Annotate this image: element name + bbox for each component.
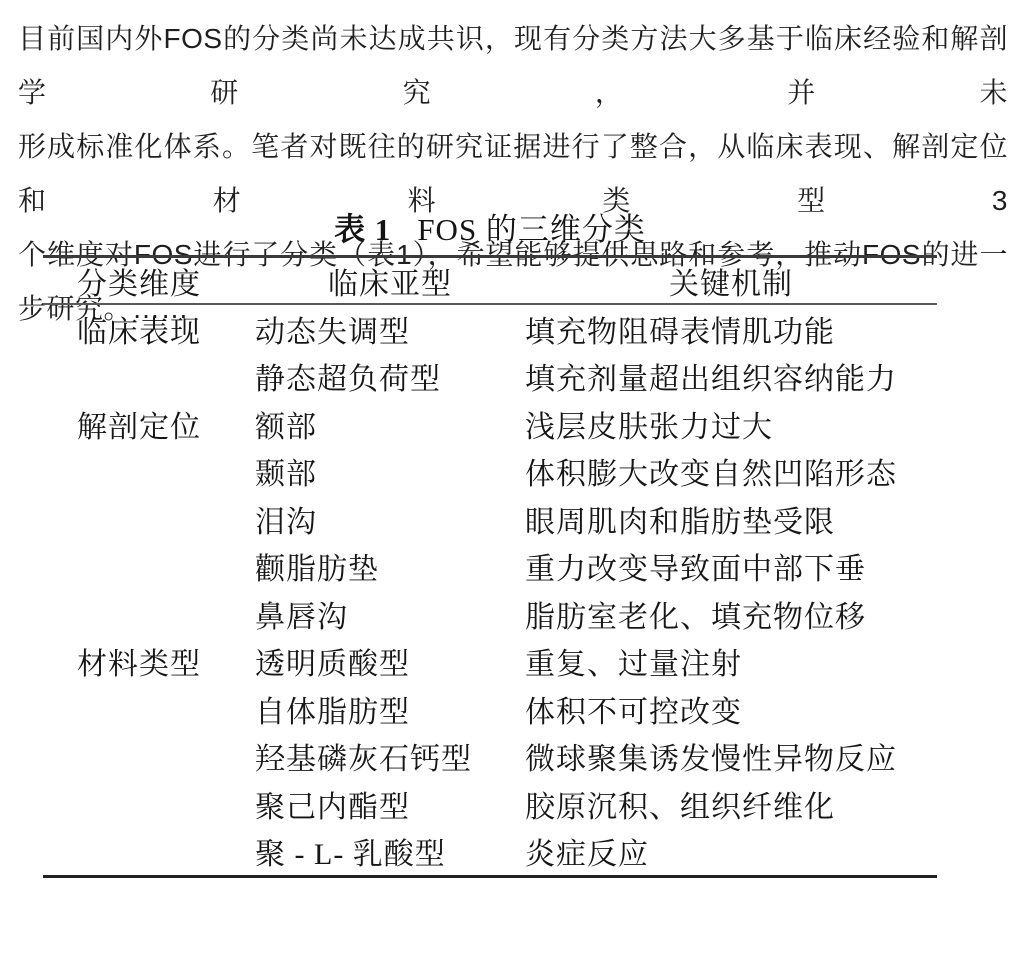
subtype-cell: 自体脂肪型 [255,687,525,731]
subtype-cell: 静态超负荷型 [255,354,525,398]
mechanism-cell: 胶原沉积、组织纤维化 [525,782,937,826]
dimension-cell: 解剖定位 [43,402,255,446]
subtype-cell: 颧脂肪垫 [255,544,525,588]
mechanism-cell: 微球聚集诱发慢性异物反应 [525,734,937,778]
dimension-cell: 临床表现 [43,307,255,351]
table-row: 泪沟 眼周肌肉和脂肪垫受限 [43,495,937,543]
mechanism-cell: 体积不可控改变 [525,687,937,731]
mechanism-cell: 眼周肌肉和脂肪垫受限 [525,497,937,541]
table-caption-title: FOS 的三维分类 [417,212,646,247]
table-row: 颧脂肪垫 重力改变导致面中部下垂 [43,543,937,591]
subtype-cell: 鼻唇沟 [255,592,525,636]
mechanism-cell: 脂肪室老化、填充物位移 [525,592,937,636]
mechanism-cell: 填充剂量超出组织容纳能力 [525,354,937,398]
table-row: 自体脂肪型 体积不可控改变 [43,685,937,733]
header-mechanism: 关键机制 [525,259,937,303]
header-dimension: 分类维度 [43,259,255,303]
mechanism-cell: 重力改变导致面中部下垂 [525,544,937,588]
mechanism-cell: 填充物阻碍表情肌功能 [525,307,937,351]
subtype-cell: 颞部 [255,449,525,493]
mechanism-cell: 炎症反应 [525,829,937,873]
paragraph-line: 目前国内外FOS的分类尚未达成共识，现有分类方法大多基于临床经验和解剖学研究，并… [18,12,1008,120]
subtype-cell: 透明质酸型 [255,639,525,683]
table-row: 临床表现 动态失调型 填充物阻碍表情肌功能 [43,305,937,353]
document-page: 目前国内外FOS的分类尚未达成共识，现有分类方法大多基于临床经验和解剖学研究，并… [0,0,1023,960]
classification-table: 分类维度 临床亚型 关键机制 临床表现 动态失调型 填充物阻碍表情肌功能 静态超… [43,255,937,878]
table-body: 临床表现 动态失调型 填充物阻碍表情肌功能 静态超负荷型 填充剂量超出组织容纳能… [43,305,937,875]
dimension-cell: 材料类型 [43,639,255,683]
table-row: 静态超负荷型 填充剂量超出组织容纳能力 [43,353,937,401]
mechanism-cell: 体积膨大改变自然凹陷形态 [525,449,937,493]
table-row: 材料类型 透明质酸型 重复、过量注射 [43,638,937,686]
table-caption: 表 1FOS 的三维分类 [43,204,937,249]
subtype-cell: 动态失调型 [255,307,525,351]
subtype-cell: 聚 - L- 乳酸型 [255,829,525,873]
mechanism-cell: 浅层皮肤张力过大 [525,402,937,446]
subtype-cell: 聚己内酯型 [255,782,525,826]
subtype-cell: 泪沟 [255,497,525,541]
mechanism-cell: 重复、过量注射 [525,639,937,683]
table-row: 聚 - L- 乳酸型 炎症反应 [43,828,937,876]
table-row: 解剖定位 额部 浅层皮肤张力过大 [43,400,937,448]
subtype-cell: 羟基磷灰石钙型 [255,734,525,778]
table-caption-number: 表 1 [334,212,391,247]
table-row: 颞部 体积膨大改变自然凹陷形态 [43,448,937,496]
table-row: 鼻唇沟 脂肪室老化、填充物位移 [43,590,937,638]
table-row: 羟基磷灰石钙型 微球聚集诱发慢性异物反应 [43,733,937,781]
subtype-cell: 额部 [255,402,525,446]
header-subtype: 临床亚型 [255,259,525,303]
table-header-row: 分类维度 临床亚型 关键机制 [43,258,937,305]
table-row: 聚己内酯型 胶原沉积、组织纤维化 [43,780,937,828]
